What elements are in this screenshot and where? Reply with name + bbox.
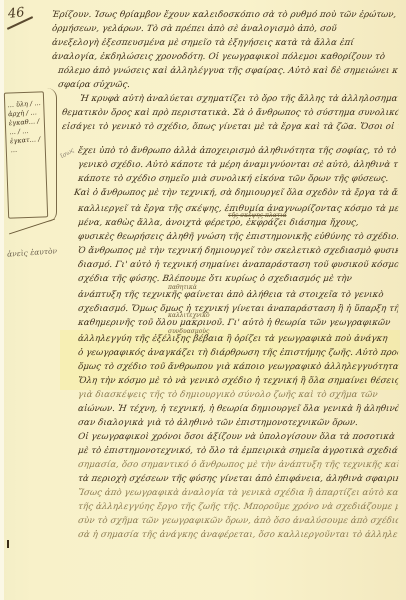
manuscript-line: σημασία, ὅσο σημαντικό ὁ ἄνθρωπος μὲ τὴν…	[77, 460, 398, 470]
manuscript-line: σχεδιασμό. Ὅμως ὅμως ἡ τεχνική γίνεται ἀ…	[77, 304, 398, 314]
manuscript-line: μὲ τὸ ἐπιστημονοτεχνικό, τὸ ὅλο τὰ ἐμπει…	[77, 446, 398, 456]
manuscript-line: Καὶ ὁ ἄνθρωπος μὲ τὴν τεχνική, σὰ δημιου…	[73, 188, 398, 198]
manuscript-line: φυσικὲς θεωρήσεις ἀληθῆ γνώση τῆς ἐπιστη…	[77, 232, 398, 242]
manuscript-line: σὺν τὸ σχῆμα τῶν γεωγραφικῶν ὅρων, ἀπὸ ὅ…	[77, 516, 398, 526]
manuscript-line: ἀνεξελογὴ ἐξεσπευσμένα μὲ σημεῖο τὰ ἐξηγ…	[51, 38, 398, 48]
manuscript-line: κάποτε τὸ σχέδιο σημεῖο μιὰ συνολική εἰκ…	[77, 174, 398, 184]
manuscript-line: εἰσάγει τὸ γενικὸ τὸ σχέδιο, ὅπως γίνετα…	[61, 122, 398, 132]
interlinear-insertion: καλλιτεχνικό	[168, 312, 210, 319]
manuscript-line: ἀναλογία, ἐκδηλώσεις χρονοδότη. Οἱ γεωγρ…	[51, 52, 398, 62]
paper-edge	[0, 0, 4, 600]
manuscript-line: σαν διαλογικὰ γιὰ τὸ ἀληθινὸ τῶν ἐπιστημ…	[77, 418, 398, 428]
manuscript-line: καθημερινῆς τοῦ ὅλου μακρινοῦ. Γι' αὐτὸ …	[77, 318, 398, 328]
manuscript-line: Ἡ κρυφὰ αὐτὴ ἀναλύεται σχηματίζει τὸ ὅρο…	[79, 94, 398, 104]
manuscript-line: θεματικὸν ὅρος καὶ πρὸ περιστατικὰ. Σὰ ὁ…	[61, 108, 398, 118]
manuscript-line: Ὁ ἄνθρωπος μὲ τὴν τεχνική δημιουργεῖ τὸν…	[77, 246, 398, 256]
manuscript-line: Ἐρίζουν. Ἰσως θρίαμβον ἔχουν καλειδοσκόπ…	[51, 10, 398, 20]
margin-box-note: … ὕλη / …ἀρχὴ / …ἐγκαθ… / … / …ἐγκατ… / …	[7, 99, 47, 155]
manuscript-line: ἔχει ὑπὸ τὸ ἄνθρωπο ἀλλὰ ἀποχειρισμὸ ἀλη…	[77, 146, 398, 156]
manuscript-line: ὁρμήσεων, γελάρων. Τὸ σὰ πρέπει ἀπὸ σὲ ἀ…	[51, 24, 398, 34]
manuscript-line: ἀνάπτυξη τῆς τεχνικῆς φαίνεται ἀπὸ ἀλήθε…	[77, 290, 398, 300]
manuscript-line: αἰώνων. Ἡ τέχνη, ἡ τεχνική, ἡ θεωρία δημ…	[77, 404, 398, 414]
margin-rotated-note: ἴσως	[59, 147, 75, 160]
manuscript-line: Ἴσως ἀπὸ γεωγραφικὰ ἀναλογία τὰ γενικὰ σ…	[77, 488, 398, 498]
manuscript-line: ἀλληλεγγύη τῆς ἐξέλιξης βέβαια ἢ ὁρίζει …	[77, 334, 398, 344]
interlinear-insertion: παθητικὰ	[168, 284, 197, 291]
manuscript-line: Ὅλη τὴν κόσμο μὲ τὸ νὰ γενικὸ σχέδιο ἡ τ…	[77, 376, 398, 386]
manuscript-line: διασμό. Γι' αὐτὸ ἡ τεχνική σημαίνει ἀναπ…	[77, 260, 398, 270]
manuscript-line: μένα, καθὼς ἄλλα, ἀνοιχτὰ φέρετρο, ἐκφρά…	[77, 218, 398, 228]
margin-bottom-mark	[7, 540, 9, 548]
margin-side-note: ἀνεὶς ἑαυτὸν	[7, 246, 58, 258]
manuscript-line: τῆς ἀλληλεγγύης ἔργο τῆς ζωῆς τῆς. Μπορο…	[77, 502, 398, 512]
manuscript-line: γιὰ διασκέψεις τῆς τὸ δημιουργικὸ σύνολο…	[77, 390, 398, 400]
margin-tail-stroke	[9, 219, 55, 235]
manuscript-line: σὰ ἡ σημασία τῆς ἀνάγκης ἀναφέρεται, ὅσο…	[77, 530, 398, 540]
struck-text: τῆς σκέψης πλατιά	[228, 212, 287, 219]
manuscript-line: πόλεμο ἀπὸ γνώσεις καὶ ἀλληλέγγυα τῆς σφ…	[57, 66, 398, 76]
manuscript-line: ὁ γεωγραφικός ἀναγκάζει τὴ διάρθρωση τῆς…	[77, 348, 398, 358]
manuscript-line: σφαίρα σὐχνῶς.	[57, 80, 398, 90]
manuscript-line: γενικὸ σχέδιο. Αὐτὸ κάποτε τὰ μέρη ἀναμι…	[77, 160, 398, 170]
manuscript-line: σχέδια τῆς φύσης. Βλέπουμε ὅτι κυρίως ὁ …	[77, 274, 398, 284]
manuscript-page: 46 … ὕλη / …ἀρχὴ / …ἐγκαθ… / … / …ἐγκατ……	[0, 0, 406, 600]
manuscript-line: ὅμως τὸ σχέδιο τοῦ ἄνθρωπου γιὰ κάποιο γ…	[77, 362, 398, 372]
manuscript-line: τὰ περιοχὴ σχέσεων τῆς φύσης γίνεται ἀπὸ…	[77, 474, 398, 484]
manuscript-line: Οἱ γεωγραφικοὶ χρόνοι ὅσοι ἀξίζουν νὰ ὑπ…	[77, 432, 398, 442]
interlinear-insertion: συνδυασμοὺς	[168, 328, 209, 335]
margin-brace	[44, 88, 57, 222]
